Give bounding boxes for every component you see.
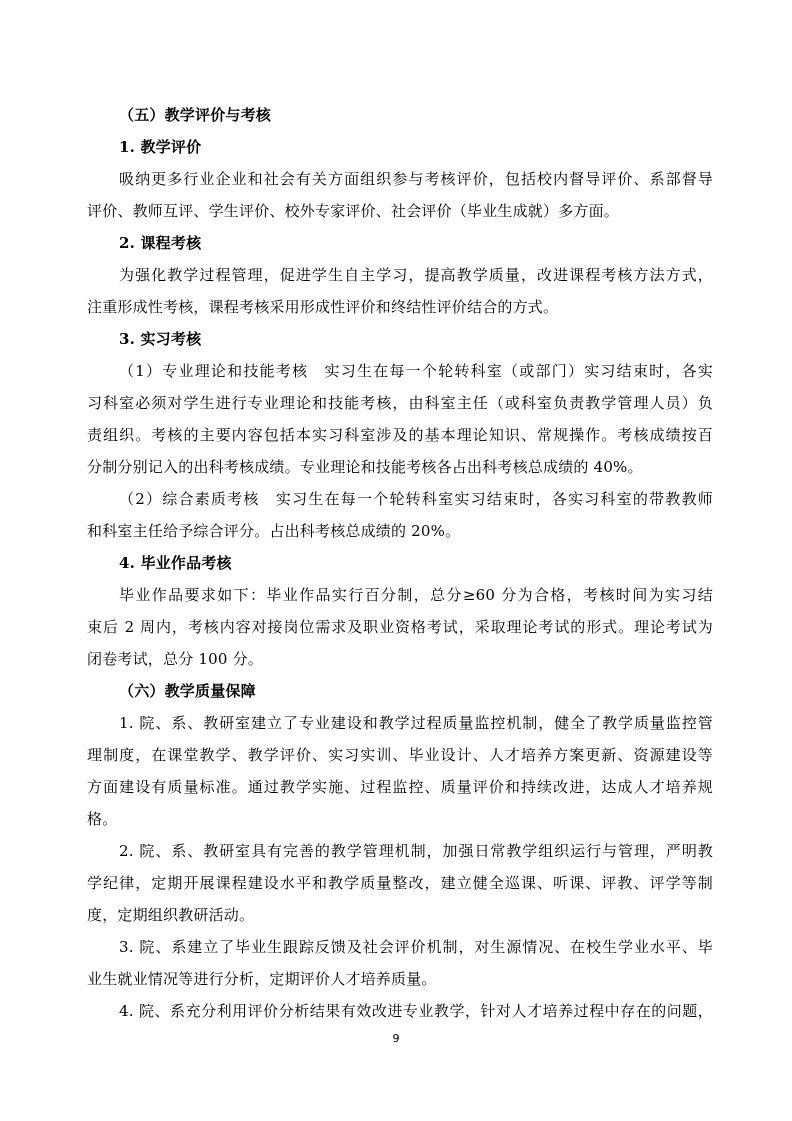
paragraph-line: 度，定期组织教研活动。: [87, 900, 254, 931]
paragraph-line: 和科室主任给予综合评分。占出科考核总成绩的 20%。: [87, 516, 460, 547]
paragraph-line: 理制度，在课堂教学、教学评价、实习实训、毕业设计、人才培养方案更新、资源建设等: [87, 740, 713, 771]
paragraph-line: 1. 院、系、教研室建立了专业建设和教学过程质量监控机制，健全了教学质量监控管: [119, 708, 713, 739]
subheading-graduation-work: 4. 毕业作品考核: [119, 548, 232, 579]
page-number: 9: [0, 1032, 792, 1045]
subheading-teaching-evaluation: 1. 教学评价: [119, 132, 201, 163]
paragraph-line: （1）专业理论和技能考核 实习生在每一个轮转科室（或部门）实习结束时，各实: [119, 356, 713, 387]
paragraph-line: 3. 院、系建立了毕业生跟踪反馈及社会评价机制，对生源情况、在校生学业水平、毕: [119, 932, 713, 963]
paragraph-line: 为强化教学过程管理，促进学生自主学习，提高教学质量，改进课程考核方法方式，: [119, 260, 713, 291]
paragraph-line: 责组织。考核的主要内容包括本实习科室涉及的基本理论知识、常规操作。考核成绩按百: [87, 420, 713, 451]
section-heading-6: （六）教学质量保障: [119, 676, 256, 707]
subheading-internship-assessment: 3. 实习考核: [119, 324, 201, 355]
paragraph-line: 束后 2 周内，考核内容对接岗位需求及职业资格考试，采取理论考试的形式。理论考试…: [87, 612, 713, 643]
paragraph-line: 习科室必须对学生进行专业理论和技能考核，由科室主任（或科室负责教学管理人员）负: [87, 388, 713, 419]
section-heading-5: （五）教学评价与考核: [119, 100, 271, 131]
paragraph-line: 业生就业情况等进行分析，定期评价人才培养质量。: [87, 964, 437, 995]
paragraph-line: （2）综合素质考核 实习生在每一个轮转科室实习结束时，各实习科室的带教教师: [119, 484, 713, 515]
paragraph-line: 2. 院、系、教研室具有完善的教学管理机制，加强日常教学组织运行与管理，严明教: [119, 836, 713, 867]
paragraph-line: 吸纳更多行业企业和社会有关方面组织参与考核评价，包括校内督导评价、系部督导: [119, 164, 713, 195]
paragraph-line: 学纪律，定期开展课程建设水平和教学质量整改，建立健全巡课、听课、评教、评学等制: [87, 868, 713, 899]
paragraph-line: 评价、教师互评、学生评价、校外专家评价、社会评价（毕业生成就）多方面。: [87, 196, 619, 227]
paragraph-line: 4. 院、系充分利用评价分析结果有效改进专业教学，针对人才培养过程中存在的问题，: [119, 996, 713, 1027]
paragraph-line: 注重形成性考核，课程考核采用形成性评价和终结性评价结合的方式。: [87, 292, 558, 323]
paragraph-line: 毕业作品要求如下：毕业作品实行百分制，总分≥60 分为合格，考核时间为实习结: [119, 580, 713, 611]
paragraph-line: 格。: [87, 804, 117, 835]
paragraph-line: 方面建设有质量标准。通过教学实施、过程监控、质量评价和持续改进，达成人才培养规: [87, 772, 713, 803]
paragraph-line: 分制分别记入的出科考核成绩。专业理论和技能考核各占出科考核总成绩的 40%。: [87, 452, 643, 483]
paragraph-line: 闭卷考试，总分 100 分。: [87, 644, 263, 675]
subheading-course-assessment: 2. 课程考核: [119, 228, 201, 259]
